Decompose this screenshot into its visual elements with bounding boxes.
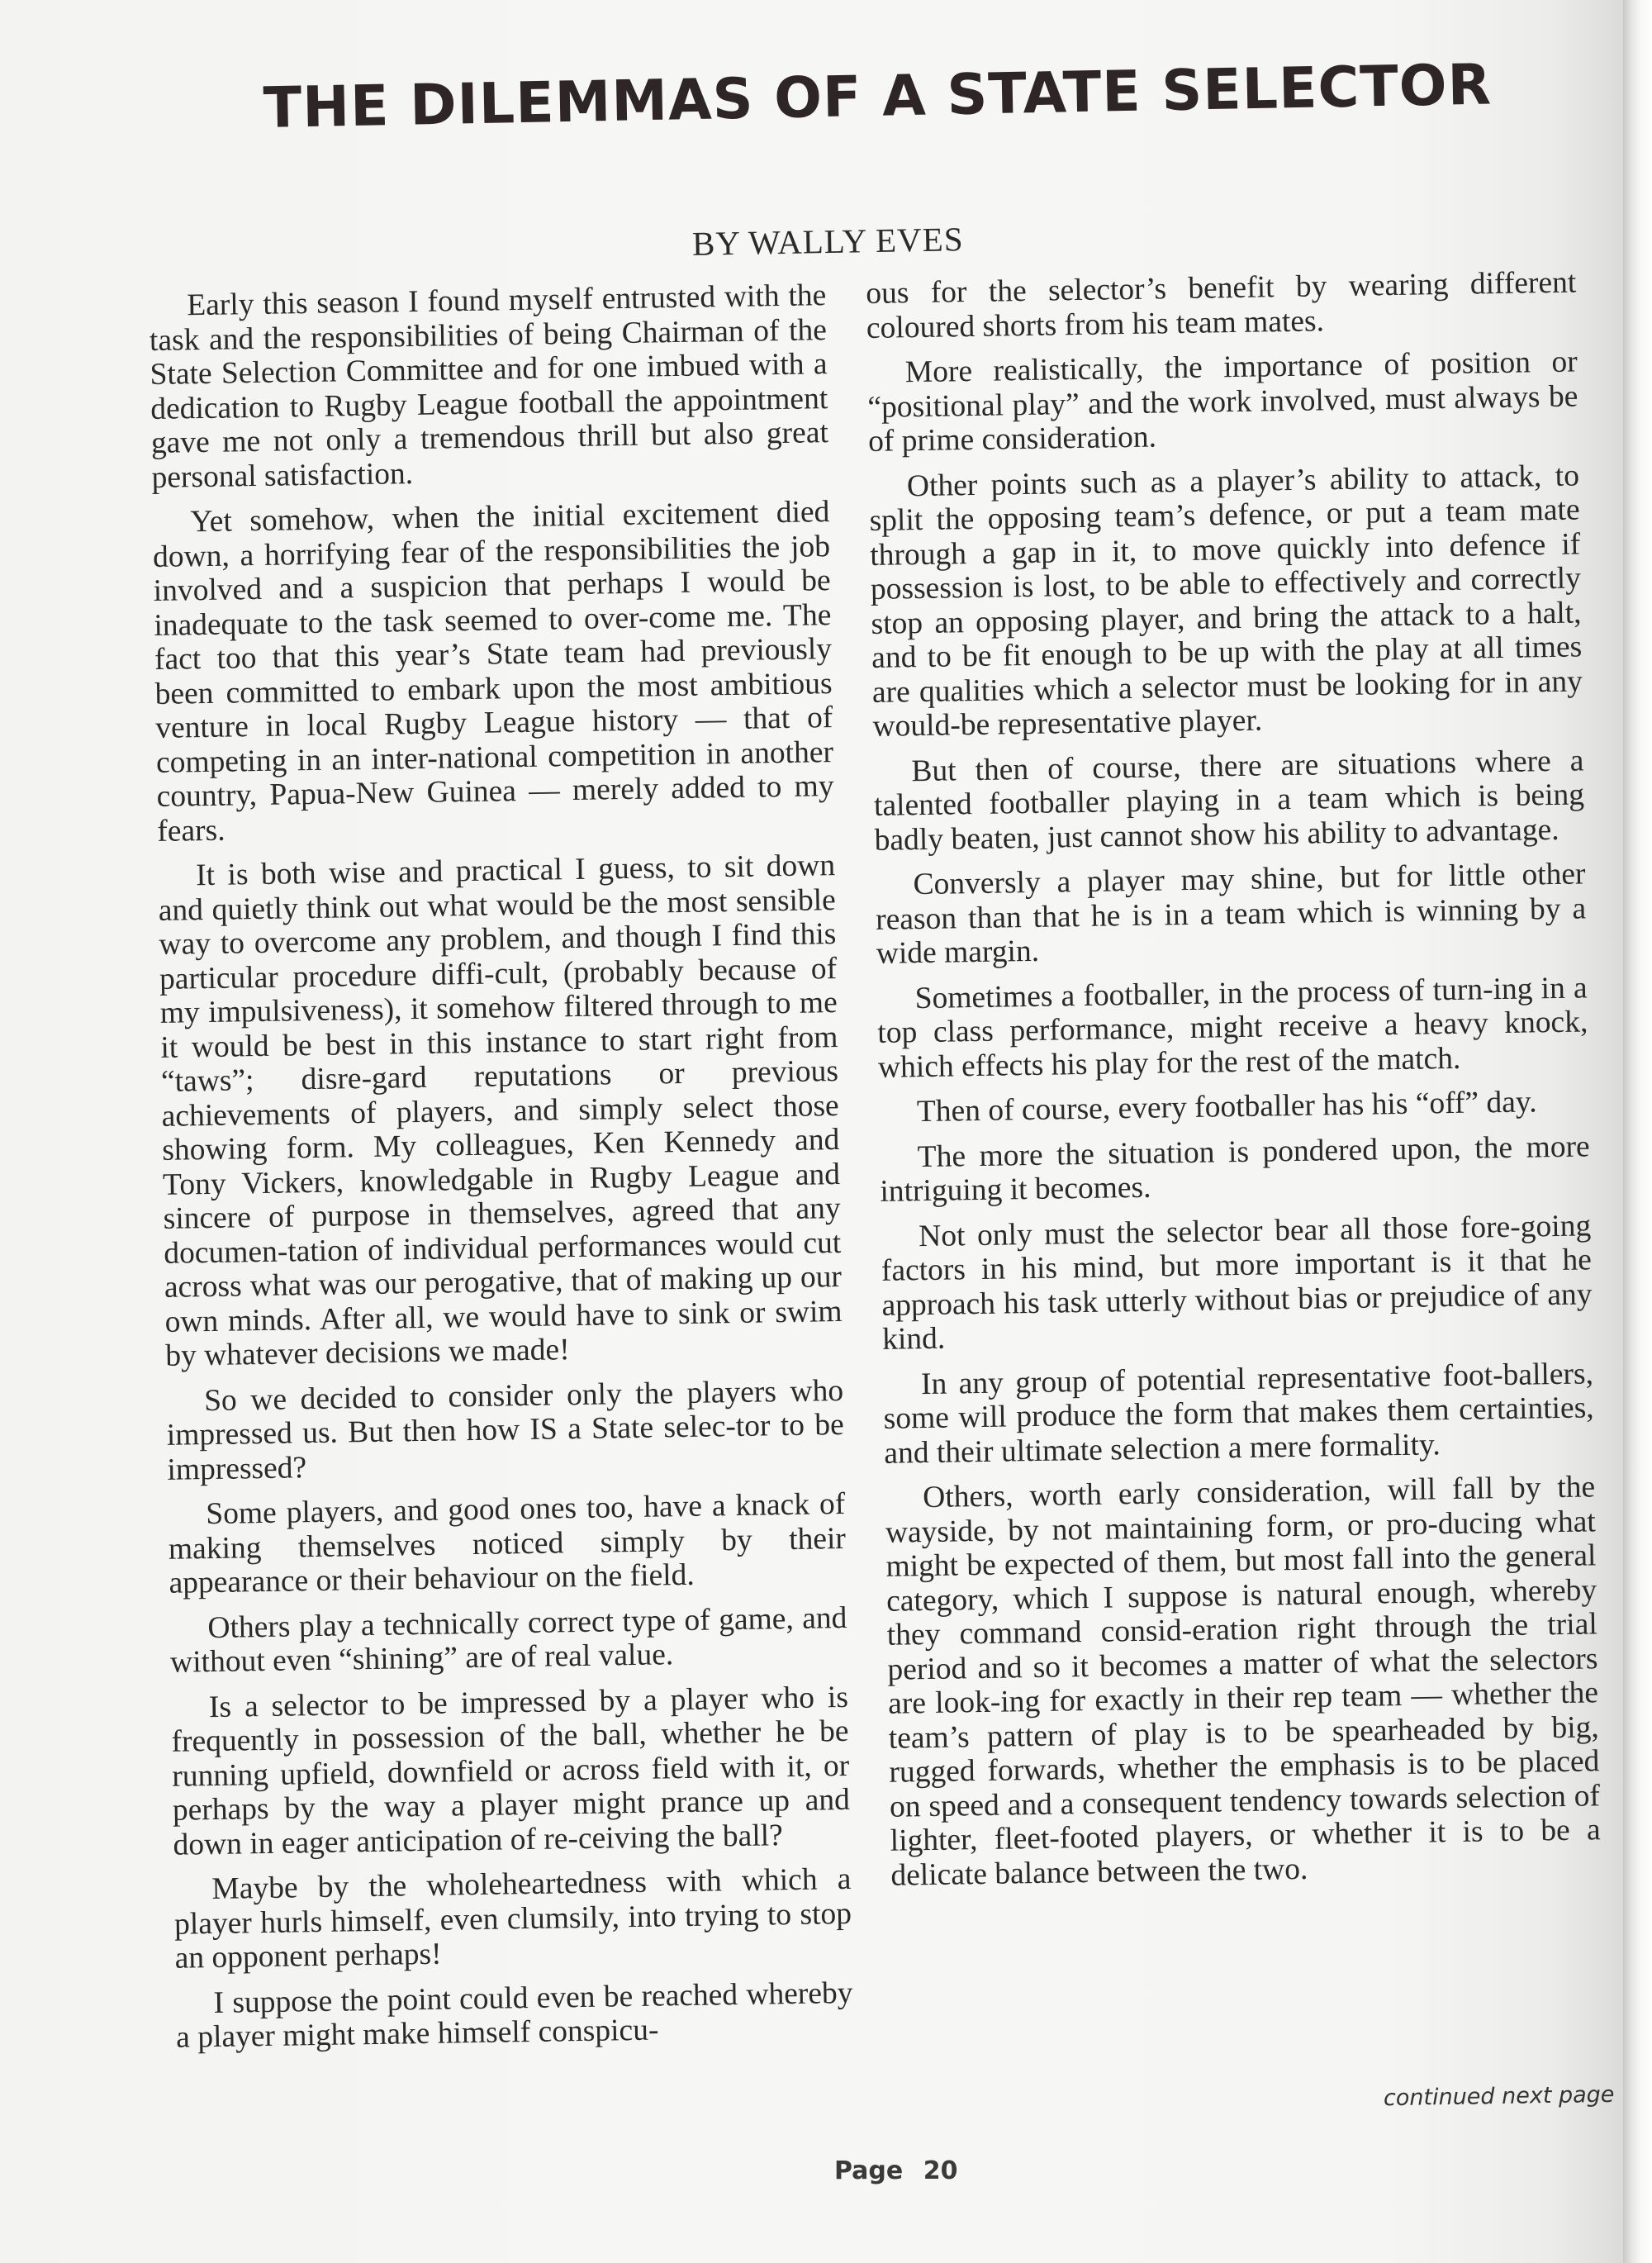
right-column: ous for the selector’s benefit by wearin…: [866, 265, 1602, 1903]
magazine-page: THE DILEMMAS OF A STATE SELECTOR BY WALL…: [0, 0, 1631, 2263]
paragraph: The more the situation is pondered upon,…: [879, 1129, 1590, 1209]
paragraph: But then of course, there are situations…: [873, 744, 1585, 858]
left-column: Early this season I found myself entrust…: [149, 278, 854, 2066]
continued-note: continued next page: [1384, 2082, 1615, 2111]
page-number: 20: [923, 2156, 958, 2185]
paragraph: Others play a technically correct type o…: [169, 1600, 847, 1680]
paragraph: Some players, and good ones too, have a …: [168, 1487, 847, 1600]
paragraph: Yet somehow, when the initial excitement…: [152, 495, 834, 849]
page-label: Page: [834, 2156, 903, 2185]
paragraph: Early this season I found myself entrust…: [149, 278, 829, 495]
page-footer: Page 20: [834, 2156, 957, 2185]
paragraph-continuation: ous for the selector’s benefit by wearin…: [866, 265, 1577, 345]
paragraph: It is both wise and practical I guess, t…: [158, 849, 843, 1373]
article-byline: BY WALLY EVES: [692, 219, 964, 264]
paragraph: More realistically, the importance of po…: [867, 345, 1579, 459]
paragraph: In any group of potential representative…: [883, 1357, 1595, 1471]
paragraph: Maybe by the wholeheartedness with which…: [173, 1862, 852, 1975]
paragraph: Is a selector to be impressed by a playe…: [171, 1680, 851, 1861]
paragraph: Other points such as a player’s ability …: [869, 459, 1583, 744]
paragraph: Others, worth early consideration, will …: [885, 1470, 1602, 1892]
paragraph: Sometimes a footballer, in the process o…: [876, 971, 1588, 1085]
paragraph: So we decided to consider only the playe…: [166, 1373, 845, 1486]
article-title: THE DILEMMAS OF A STATE SELECTOR: [263, 54, 1420, 141]
paragraph: Not only must the selector bear all thos…: [881, 1209, 1593, 1357]
paragraph: Then of course, every footballer has his…: [879, 1084, 1590, 1129]
paragraph: Conversly a player may shine, but for li…: [875, 857, 1587, 971]
binding-edge: [1623, 0, 1652, 2263]
paragraph: I suppose the point could even be reache…: [175, 1975, 853, 2055]
